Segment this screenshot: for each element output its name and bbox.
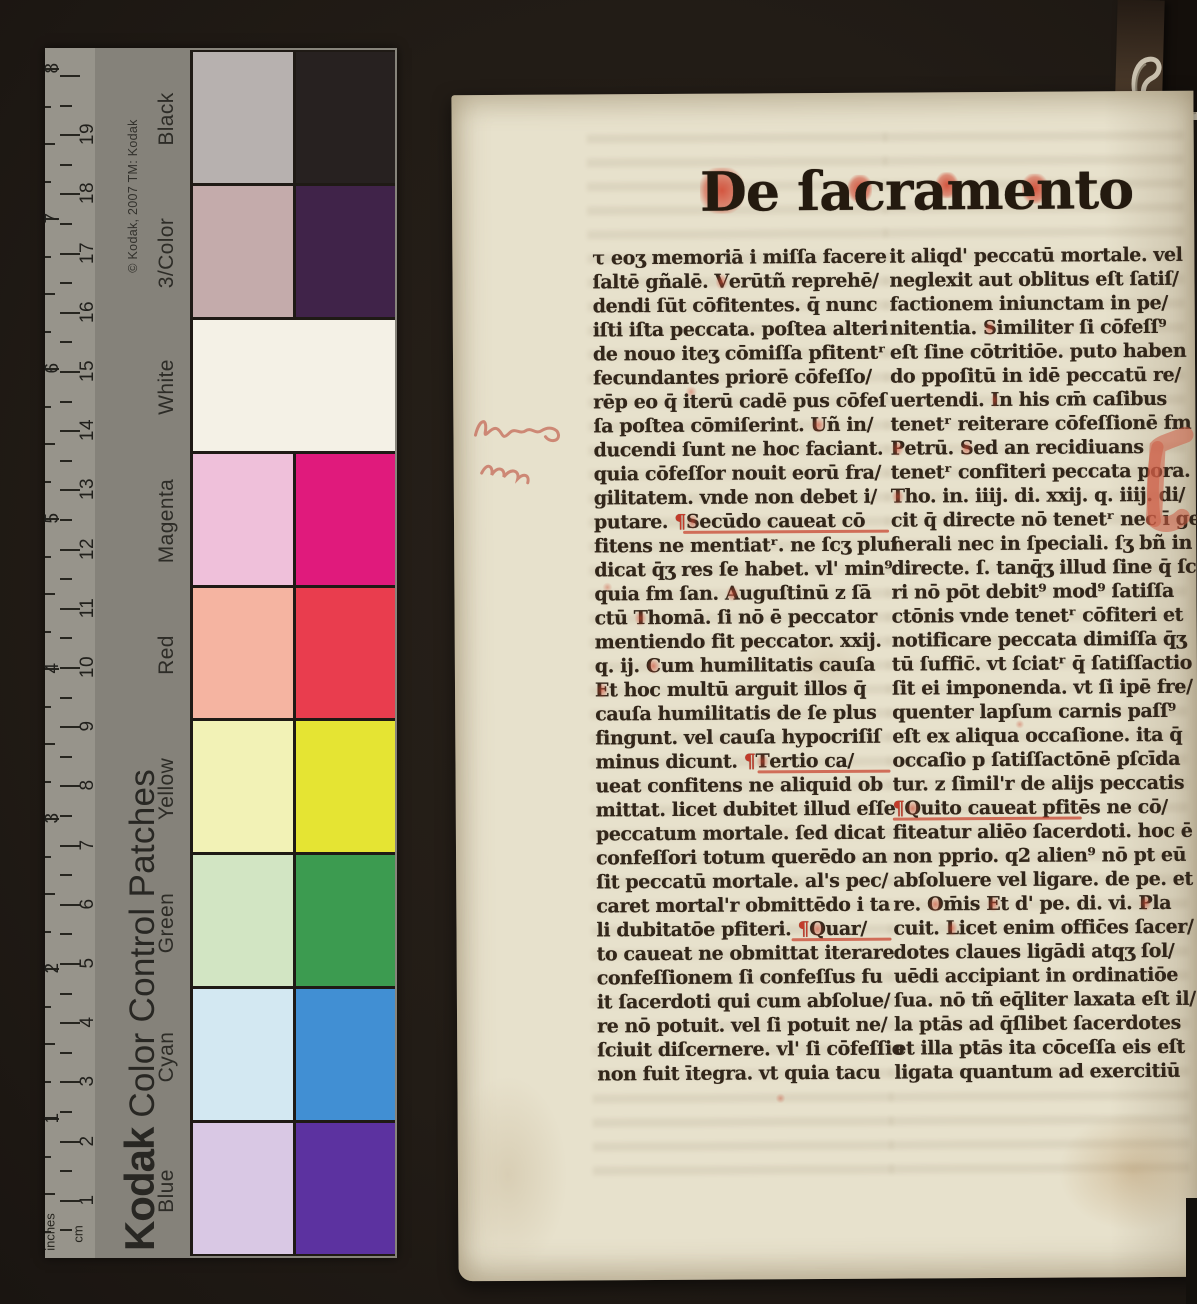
ruler-tick (45, 856, 51, 858)
kodak-color-strip: 1234567891011121314151617181912345678inc… (45, 48, 397, 1258)
manuscript-line: factionem iniunctam in pe/ (890, 291, 1185, 317)
text-column-right: it aliqd' peccatū mortale. velneglexit a… (889, 243, 1189, 1085)
color-patch-green-light (193, 855, 293, 986)
manuscript-line: et illa ptās ita cōceſſa eis eſt (894, 1035, 1189, 1061)
patch-label-cyan: Cyan (155, 1032, 179, 1083)
patch-label-magenta: Magenta (155, 479, 179, 564)
manuscript-line: dicat q̄ʒ res ſe habet. vl' min⁹ (594, 557, 889, 583)
manuscript-line: non fuit ītegra. vt quia tacu (597, 1061, 892, 1087)
manuscript-line: neglexit aut oblitus eſt ſatiſ/ (889, 267, 1184, 293)
ruler-number-inch: 7 (42, 212, 64, 223)
ruler-tick (60, 164, 72, 166)
ruler-tick (45, 1043, 55, 1045)
color-patch-red-light (193, 588, 293, 719)
manuscript-line: it ſacerdoti qui cum abſolue/ (597, 989, 892, 1015)
text-column-left: τ eoʒ memoriā i miſſa facereſaltē gñalē.… (592, 245, 892, 1087)
manuscript-line: non pprio. q2 alien⁹ nō pt eū (893, 843, 1188, 869)
patch-label-yellow: Yellow (155, 758, 179, 820)
patch-label-green: Green (155, 893, 179, 953)
copyright-text: © Kodak, 2007 TM: Kodak (126, 119, 140, 272)
patch-label-white: White (155, 359, 179, 415)
ruler-tick (45, 443, 55, 445)
manuscript-line: quia cōfeſſor nouit eorū fra/ (594, 461, 889, 487)
manuscript-line: fingunt. vel cauſa hypocriſiſ (595, 725, 890, 751)
ruler-tick (45, 631, 51, 633)
manuscript-line: confeſſionem ſi confeſſus fu (597, 965, 892, 991)
manuscript-line: rēp eo q̄ iterū cadē pus cōfeſ (593, 389, 888, 415)
color-patch-yellow-light (193, 721, 293, 852)
manuscript-line: ſit peccatū mortale. al's pec/ (596, 869, 891, 895)
color-patch-black-light (193, 52, 293, 183)
manuscript-line: ri nō pōt debit⁹ mod⁹ ſatiſſa (891, 579, 1186, 605)
ruler-tick (45, 406, 51, 408)
ruler-unit-inches: inches (43, 1213, 58, 1251)
ruler-tick (45, 143, 55, 145)
manuscript-line: fiteatur aliēo ſacerdoti. hoc ē (893, 819, 1188, 845)
ruler-number-inch: 4 (42, 662, 64, 673)
ruler-unit-cm: cm (71, 1225, 86, 1242)
manuscript-line: fitens ne mentiatʳ. ne ſcʒ pluſ (594, 533, 889, 559)
manuscript-line: dotes claues ligādi atqʒ ſol/ (894, 939, 1189, 965)
ruler-tick (45, 1006, 51, 1008)
manuscript-line: li dubitatōe pfiteri. ¶Quar/ (596, 917, 891, 943)
manuscript-line: mentiendo fit peccator. xxij. (595, 629, 890, 655)
patch-label-3-color: 3/Color (155, 218, 179, 289)
color-patch-3-color-dark (296, 186, 396, 317)
manuscript-line: ſit ei imponenda. vt ſi ipē fre/ (892, 675, 1187, 701)
manuscript-line: Et hoc multū arguit illos q̄ (595, 677, 890, 703)
manuscript-line: abſoluere vel ligare. de pe. et (893, 867, 1188, 893)
manuscript-line: ueat confitens ne aliquid ob (596, 773, 891, 799)
manuscript-line: putare. ¶Secūdo caueat cō (594, 509, 889, 535)
manuscript-line: uertendi. In his cm̄ caſibus (890, 387, 1185, 413)
manuscript-line: quenter lapſum carnis paſſ⁹ (892, 699, 1187, 725)
color-patch-cyan-light (193, 989, 293, 1120)
manuscript-line: do ppoſitū in idē peccatū re/ (890, 363, 1185, 389)
manuscript-line: eſt ſine cōtritiōe. puto haben (890, 339, 1185, 365)
color-patch-cyan-dark (296, 989, 396, 1120)
marginal-annotation (461, 394, 582, 493)
manuscript-line: caret mortal'r obmittēdo i ta (596, 893, 891, 919)
manuscript-line: to caueat ne obmittat iterare (597, 941, 892, 967)
manuscript-line: gilitatem. vnde non debet i/ (594, 485, 889, 511)
ruler-tick (60, 993, 72, 995)
ruler-tick (45, 781, 51, 783)
ruler-tick (60, 1170, 72, 1172)
manuscript-line: tur. z ſimil'r de alijs peccatis (893, 771, 1188, 797)
patch-label-black: Black (155, 92, 179, 145)
ruler-tick (45, 893, 55, 895)
manuscript-line: ¶Quito caueat pfitēs ne cō/ (893, 795, 1188, 821)
ruler-tick (45, 1081, 51, 1083)
ruler-tick (60, 460, 72, 462)
foxing-spot (775, 1093, 785, 1103)
patch-label-blue: Blue (155, 1169, 179, 1213)
manuscript-line: ſaltē gñalē. Verūtñ reprehē/ (592, 269, 887, 295)
color-patch-yellow-dark (296, 721, 396, 852)
ruler-tick (45, 743, 55, 745)
manuscript-line: re. Om̄is Et d' pe. di. vi. Pla (893, 891, 1188, 917)
page-title-text: De ſacramento (700, 157, 1134, 224)
manuscript-line: nitentia. Similiter ſi cōfeſſ⁹ (890, 315, 1185, 341)
ruler-tick (60, 874, 72, 876)
rubric-initial-offset (1121, 421, 1196, 551)
manuscript-line: confeſſori totum querēdo an (596, 845, 891, 871)
color-patch-3-color-light (193, 186, 293, 317)
ruler-tick (45, 931, 51, 933)
manuscript-line: notificare peccata dimiſſa q̄ʒ (892, 627, 1187, 653)
ruler-number-inch: 5 (42, 512, 64, 523)
patch-grid (190, 50, 395, 1256)
manuscript-line: τ eoʒ memoriā i miſſa facere (592, 245, 887, 271)
ruler-tick (60, 282, 72, 284)
manuscript-line: ligata quantum ad exercitiū (894, 1059, 1189, 1085)
ruler-tick (60, 697, 72, 699)
manuscript-line: ducendi ſunt ne hoc faciant. (593, 437, 888, 463)
ruler-tick (45, 706, 51, 708)
ruler-tick (45, 181, 51, 183)
ruler-tick (60, 756, 72, 758)
manuscript-line: eſt ex aliqua occaſione. ita q̄ (892, 723, 1187, 749)
ruler-tick (60, 401, 72, 403)
ruler-number-inch: 1 (42, 1112, 64, 1123)
manuscript-line: tū ſuffic̄. vt ſciatʳ q̄ ſatiſſactio (892, 651, 1187, 677)
ruler-tick (45, 106, 51, 108)
ruler-tick (60, 637, 72, 639)
color-patch-blue-dark (296, 1123, 396, 1254)
manuscript-line: cauſa humilitatis de ſe plus (595, 701, 890, 727)
manuscript-line: dendi ſūt cōfitentes. q̄ nunc (593, 293, 888, 319)
manuscript-line: quia fm ſan. Auguſtinū z ſā (594, 581, 889, 607)
ruler-tick (45, 1193, 55, 1195)
photo-edge-shadow (1186, 1198, 1197, 1304)
manuscript-line: ſciuit diſcernere. vl' ſi cōfeſſio (597, 1037, 892, 1063)
ruler-number-inch: 3 (42, 812, 64, 823)
manuscript-line: la ptās ad q̄ſlibet ſacerdotes (894, 1011, 1189, 1037)
manuscript-line: fecundantes priorē cōfeſſo/ (593, 365, 888, 391)
manuscript-line: peccatum mortale. ſed dicat (596, 821, 891, 847)
photo-of-incunabulum-with-color-target: De ſacramento τ eoʒ memoriā i miſſa face… (0, 0, 1197, 1304)
ruler-tick (45, 1156, 51, 1158)
color-patch-green-dark (296, 855, 396, 986)
stain (447, 1075, 568, 1276)
ruler-tick (45, 293, 55, 295)
manuscript-line: q. ij. Cum humilitatis cauſa (595, 653, 890, 679)
ruler-tick (45, 481, 51, 483)
ruler-tick (60, 578, 72, 580)
manuscript-line: iſti iſta peccata. poſtea alteri (593, 317, 888, 343)
ruler: 1234567891011121314151617181912345678inc… (45, 48, 95, 1258)
ruler-number-inch: 2 (42, 962, 64, 973)
color-patch-magenta-dark (296, 454, 396, 585)
manuscript-line: ctōnis vnde tenetʳ cōfiteri et (892, 603, 1187, 629)
ruler-tick (45, 256, 51, 258)
manuscript-line: ſua. nō tñ eq̄liter laxata eſt il/ (894, 987, 1189, 1013)
ruler-tick (60, 1052, 72, 1054)
manuscript-line: re nō potuit. vel ſi potuit ne/ (597, 1013, 892, 1039)
manuscript-line: minus dicunt. ¶Tertio ca/ (595, 749, 890, 775)
color-patch-red-dark (296, 588, 396, 719)
ruler-tick (60, 933, 72, 935)
ruler-tick (45, 331, 51, 333)
manuscript-line: ctū Thomā. ſi nō ē peccator (595, 605, 890, 631)
color-patch-magenta-light (193, 454, 293, 585)
color-patch-white (193, 320, 395, 451)
manuscript-line: cuit. Licet enim offic̄es ſacer/ (893, 915, 1188, 941)
manuscript-line: it aliqd' peccatū mortale. vel (889, 243, 1184, 269)
ruler-tick (45, 593, 55, 595)
ruler-number-inch: 6 (42, 362, 64, 373)
ruler-tick (60, 105, 72, 107)
manuscript-page: De ſacramento τ eoʒ memoriā i miſſa face… (451, 91, 1197, 1282)
patch-label-red: Red (155, 635, 179, 675)
manuscript-line: uēdi accipiant in ordinatiōe (894, 963, 1189, 989)
page-title: De ſacramento (700, 157, 1134, 224)
ruler-tick (45, 556, 51, 558)
ruler-tick (60, 341, 72, 343)
color-patch-blue-light (193, 1123, 293, 1254)
manuscript-line: occaſio p ſatiſſactōnē pſcīda (892, 747, 1187, 773)
manuscript-line: directe. ſ. tanq̄ʒ illud ſine q̄ ſci (891, 555, 1186, 581)
ruler-number-inch: 8 (42, 62, 64, 73)
ruler-tick (60, 75, 80, 77)
manuscript-line: mittat. licet dubitet illud eſſe (596, 797, 891, 823)
color-patch-black-dark (296, 52, 396, 183)
manuscript-line: ſa poſtea cōmiſerint. Uñ in/ (593, 413, 888, 439)
manuscript-line: de nouo iteʒ cōmiſſa pfitentʳ (593, 341, 888, 367)
